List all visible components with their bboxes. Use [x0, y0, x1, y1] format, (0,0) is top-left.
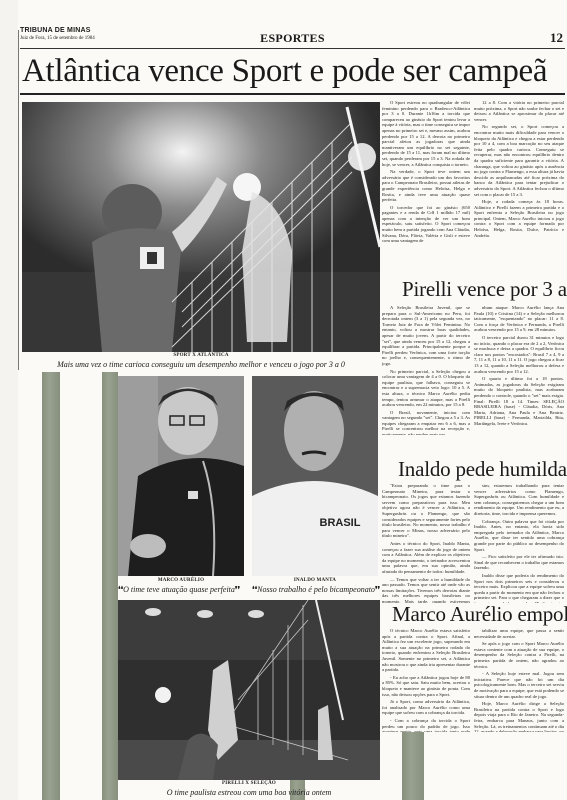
paragraph: Hoje, Marco Aurélio dirige a Seleção Bra…	[474, 701, 564, 732]
paragraph: - Com a cobrança da torcida o Sport perd…	[382, 718, 470, 732]
paragraph: — Temos que voltar a ter a humildade do …	[382, 577, 470, 604]
inaldo-column-2: sim, estaremos trabalhando para tentar v…	[474, 483, 564, 603]
paragraph: Na verdade, o Sport teve ontem um advers…	[382, 169, 470, 203]
quote-text: O time teve atuação quase perfeita	[123, 585, 235, 594]
portrait-name-left: MARCO AURÉLIO	[118, 578, 244, 583]
paragraph: Hoje, a rodada começa às 18 horas. Atlân…	[474, 199, 564, 238]
marco-column-1: O técnico Marco Aurélio estava satisfeit…	[382, 628, 470, 732]
photo-title: PIRELLI X SELEÇÃO	[118, 781, 380, 786]
portrait-man-brasil-shirt-icon: BRASIL	[252, 376, 378, 576]
paragraph: O torcedor que foi ao ginásio (650 pagan…	[382, 205, 470, 244]
paragraph: "Estou preparando o time para o Campeona…	[382, 483, 470, 539]
photo-sport-x-atlantica	[22, 102, 380, 352]
paragraph: nhum ataque. Marco Aurélio lança Ana Pau…	[474, 305, 564, 333]
quote-close-icon: ❜❜	[375, 585, 380, 594]
pirelli-headline: Pirelli vence por 3 a 1	[402, 277, 567, 302]
portrait-name-right: INALDO MANTA	[252, 578, 378, 583]
paragraph: No primeiro parcial, a Seleção chegou a …	[382, 369, 470, 408]
tape-strip	[102, 372, 118, 800]
masthead: TRIBUNA DE MINAS Juiz de Fora, 15 de set…	[20, 27, 565, 49]
paragraph: Cobrança. Outra palavra que foi citada p…	[474, 519, 564, 553]
volleyball-match-photo-icon	[118, 600, 380, 780]
photo-caption: Mais uma vez o time carioca conseguiu um…	[22, 360, 380, 369]
marco-column-2: tabilizar uma equipe, que passa a sentir…	[474, 628, 564, 732]
quote-text: Nosso trabalho é pelo bicampeonato	[257, 585, 375, 594]
marco-headline: Marco Aurélio empolgado	[392, 602, 567, 627]
inaldo-column-1: "Estou preparando o time para o Campeona…	[382, 483, 470, 603]
main-headline: Atlântica vence Sport e pode ser campeã	[22, 53, 567, 89]
paragraph: sim, estaremos trabalhando para tentar v…	[474, 483, 564, 517]
paragraph: O técnico Marco Aurélio estava satisfeit…	[382, 628, 470, 673]
margin-rule	[18, 30, 19, 370]
shirt-text: BRASIL	[320, 517, 361, 529]
paragraph: 12 a 8. Com a vitória no primeiro parcia…	[474, 100, 564, 122]
paragraph: A Seleção Brasileira Juvenil, que se pre…	[382, 305, 470, 367]
paragraph: — Fico satisfeito por ele ter afirmado i…	[474, 554, 564, 571]
photo-pirelli-x-selecao	[118, 600, 380, 780]
quote-close-icon: ❜❜	[235, 585, 240, 594]
portrait-man-glasses-icon	[118, 376, 244, 576]
main-article-column-1: O Sport estreou no quadrangular de vôlei…	[382, 100, 470, 255]
portrait-quote-left: ❛❛O time teve atuação quase perfeita❜❜	[118, 585, 240, 594]
paragraph: Já o Sport, como adversário da Atlântica…	[382, 699, 470, 716]
inaldo-headline: Inaldo pede humildade	[398, 457, 567, 482]
paragraph: - Eu acho que a Atlântica jogou hoje de …	[382, 675, 470, 697]
paragraph: Inaldo disse que poderia do rendimento d…	[474, 573, 564, 603]
paragraph: O terceiro parcial durou 31 minutos e lo…	[474, 335, 564, 374]
paragraph: Se após o jogo com o Sport Marco Aurélio…	[474, 641, 564, 669]
paragraph: tabilizar uma equipe, que passa a sentir…	[474, 628, 564, 639]
headline-rule	[20, 93, 565, 95]
photo-marco-aurelio	[118, 376, 244, 576]
paragraph: - A Seleção hoje esteve mal. Jogou sem i…	[474, 671, 564, 699]
volleyball-spike-photo-icon	[22, 102, 380, 352]
paragraph: O Sport estreou no quadrangular de vôlei…	[382, 100, 470, 167]
pirelli-column-1: A Seleção Brasileira Juvenil, que se pre…	[382, 305, 470, 435]
paragraph: O Brasil, novamente, iniciou com vantage…	[382, 410, 470, 435]
photo-title: SPORT X ATLÂNTICA	[22, 353, 380, 358]
paragraph: No segundo set, o Sport começou a encont…	[474, 124, 564, 197]
paragraph: O quarto e último foi a 18 pontos. Anima…	[474, 376, 564, 426]
paragraph: Antes o técnico do Sport, Inaldo Manta, …	[382, 541, 470, 575]
page-number: 12	[550, 30, 563, 46]
tape-strip	[402, 732, 424, 800]
main-article-column-2: 12 a 8. Com a vitória no primeiro parcia…	[474, 100, 564, 270]
tape-strip	[42, 372, 60, 800]
section-name: ESPORTES	[20, 31, 565, 46]
portrait-quote-right: ❛❛Nosso trabalho é pelo bicampeonato❜❜	[252, 585, 380, 594]
photo-caption: O time paulista estreou com uma boa vitó…	[118, 788, 380, 797]
pirelli-column-2: nhum ataque. Marco Aurélio lança Ana Pau…	[474, 305, 564, 455]
photo-inaldo-manta: BRASIL	[252, 376, 378, 576]
